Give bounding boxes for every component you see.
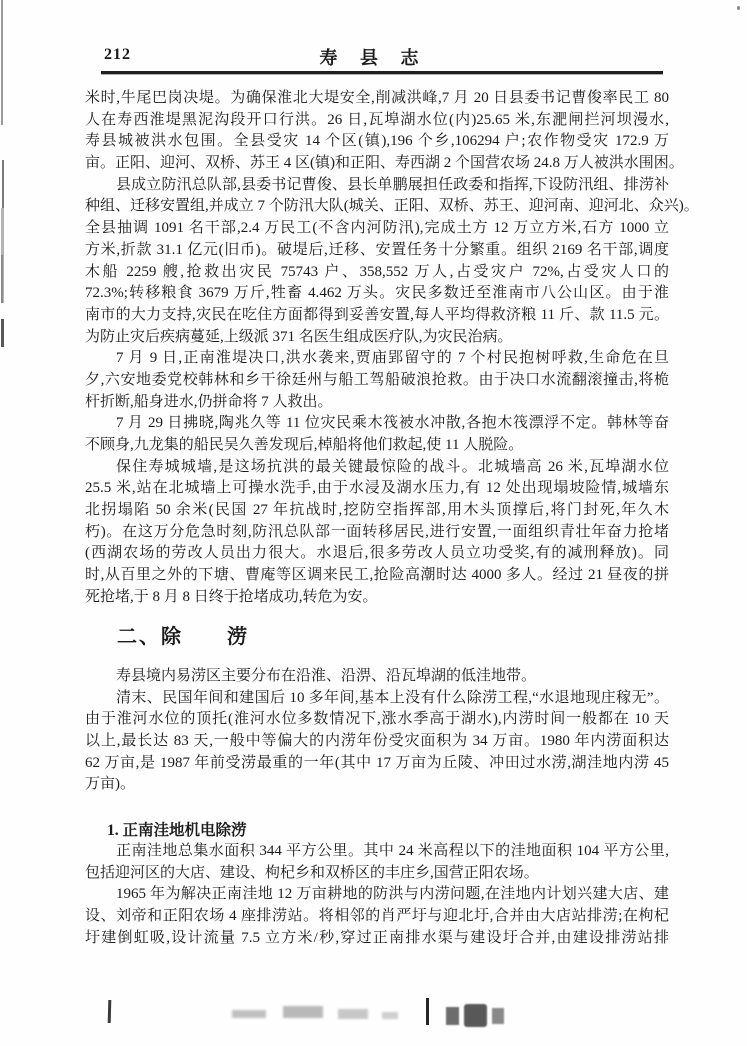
text-line: 时,从百里之外的下塘、曹庵等区调来民工,抢险高潮时达 4000 多人。经过 21… [85, 565, 669, 587]
text-line: 夕,六安地委党校韩林和乡干徐廷州与船工驾船破浪抢救。由于决口水流翻滚撞击,将桅 [85, 370, 669, 392]
text-line: 不顾身,九龙集的船民吴久善发现后,棹船将他们救起,使 11 人脱险。 [85, 435, 669, 457]
text-line: 寿县城被洪水包围。全县受灾 14 个区(镇),196 个乡,106294 户;农… [85, 131, 669, 153]
text-line: 万亩)。 [85, 774, 669, 796]
text-line: 为防止灾后疾病蔓延,上级派 371 名医生组成医疗队,为灾民治病。 [85, 327, 669, 349]
scan-smudge [338, 1009, 368, 1019]
text-line: 25.5 米,站在北城墙上可操水洗手,由于水浸及湖水压力,有 12 处出现塌坡险… [85, 478, 669, 500]
scan-smudge [283, 1006, 323, 1018]
text-line: 圩建倒虹吸,设计流量 7.5 立方米/秒,穿过正南排水渠与建设圩合并,由建设排涝… [85, 928, 669, 950]
text-line: 北拐塌陷 50 余米(民国 27 年抗战时,挖防空指挥部,用木头顶撑后,将门封死… [85, 500, 669, 522]
flood-section-text: 米时,牛尾巴岗决堤。为确保淮北大堤安全,削减洪峰,7 月 20 日县委书记曹俊率… [85, 88, 669, 609]
text-line: 米时,牛尾巴岗决堤。为确保淮北大堤安全,削减洪峰,7 月 20 日县委书记曹俊率… [85, 88, 669, 110]
scan-smudge-bar [426, 998, 429, 1025]
scan-smudge [232, 1010, 266, 1018]
text-line: 朽)。在这万分危急时刻,防汛总队部一面转移居民,进行安置,一面组织青壮年奋力抢堵 [85, 522, 669, 544]
scan-smudge-bar [108, 1000, 112, 1023]
scan-smudge-blob [464, 1004, 487, 1027]
text-line: 种组、迁移安置组,并成立 7 个防汛大队(城关、正阳、双桥、苏王、迎河南、迎河北… [85, 196, 669, 218]
text-line: 7 月 9 日,正南淮堤决口,洪水袭来,贾庙郢留守的 7 个村民抱树呼救,生命危… [85, 348, 669, 370]
text-line: 保住寿城城墙,是这场抗洪的最关键最惊险的战斗。北城墙高 26 米,瓦埠湖水位 [85, 457, 669, 479]
text-line: 全县抽调 1091 名干部,2.4 万民工(不含内河防汛),完成土方 12 万立… [85, 218, 669, 240]
text-line: 设、刘帝和正阳农场 4 座排涝站。将相邻的肖严圩与迎北圩,合并由大店站排涝;在枸… [85, 906, 669, 928]
text-line: 南市的大力支持,灾民在吃住方面都得到妥善安置,每人平均得救济粮 11 斤、款 1… [85, 305, 669, 327]
text-line: 1965 年为解决正南洼地 12 万亩耕地的防洪与内涝问题,在洼地内计划兴建大店… [85, 884, 669, 906]
scan-smudge [382, 1012, 398, 1019]
text-line: 木船 2259 艘,抢救出灾民 75743 户、358,552 万人,占受灾户 … [85, 262, 669, 284]
scan-dot [737, 6, 740, 10]
scan-smudge-blob [446, 1007, 459, 1025]
text-line: 人在寿西淮堤黑泥沟段开口行洪。26 日,瓦埠湖水位(内)25.65 米,东淝闸拦… [85, 110, 669, 132]
subsection-heading-zhengnan: 1. 正南洼地机电除涝 [107, 818, 247, 840]
header-rule [101, 71, 663, 74]
text-line: 62 万亩,是 1987 年前受涝最重的一年(其中 17 万亩为丘陵、冲田过水涝… [85, 753, 669, 775]
scan-edge-line [1, 255, 3, 303]
scan-smudge-blob [492, 1008, 504, 1024]
zhengnan-section-text: 正南洼地总集水面积 344 平方公里。其中 24 米高程以下的洼地面积 104 … [85, 841, 669, 949]
text-line: (西湖农场的劳改人员出力很大。水退后,很多劳改人员立功受奖,有的减刑释放)。同 [85, 543, 669, 565]
drainage-overview-text: 寿县境内易涝区主要分布在沿淮、沿淠、沿瓦埠湖的低洼地带。 清末、民国年间和建国后… [85, 666, 669, 796]
scan-edge-line [1, 319, 4, 347]
section-heading-drainage: 二、除 涝 [117, 620, 249, 649]
text-line: 方米,折款 31.1 亿元(旧币)。破堤后,迁移、安置任务十分繁重。组织 216… [85, 240, 669, 262]
text-line: 正南洼地总集水面积 344 平方公里。其中 24 米高程以下的洼地面积 104 … [85, 841, 669, 863]
text-line: 清末、民国年间和建国后 10 多年间,基本上没有什么除涝工程,“水退地现庄稼无”… [85, 688, 669, 710]
text-line: 以上,最长达 83 天,一般中等偏大的内涝年份受灾面积为 34 万亩。1980 … [85, 731, 669, 753]
scanned-book-page: 212 寿 县 志 米时,牛尾巴岗决堤。为确保淮北大堤安全,削减洪峰,7 月 2… [0, 0, 747, 1046]
scan-edge-line [1, 0, 3, 125]
text-line: 寿县境内易涝区主要分布在沿淮、沿淠、沿瓦埠湖的低洼地带。 [85, 666, 669, 688]
text-line: 包括迎河区的大店、建设、枸杞乡和双桥区的丰庄乡,国营正阳农场。 [85, 863, 669, 885]
book-title: 寿 县 志 [0, 44, 747, 70]
text-line: 杆折断,船身进水,仍拼命将 7 人救出。 [85, 392, 669, 414]
text-line: 死抢堵,于 8 月 8 日终于抢堵成功,转危为安。 [85, 587, 669, 609]
text-line: 县成立防汛总队部,县委书记曹俊、县长单鹏展担任政委和指挥,下设防汛组、排涝补 [85, 175, 669, 197]
text-line: 由于淮河水位的顶托(淮河水位多数情况下,涨水季高于湖水),内涝时间一般都在 10… [85, 709, 669, 731]
text-line: 亩。正阳、迎河、双桥、苏王 4 区(镇)和正阳、寿西湖 2 个国营农场 24.8… [85, 153, 669, 175]
text-line: 72.3%;转移粮食 3679 万斤,牲畜 4.462 万头。灾民多数迁至淮南市… [85, 283, 669, 305]
text-line: 7 月 29 日拂晓,陶兆久等 11 位灾民乘木筏被水冲散,各抱木筏漂浮不定。韩… [85, 413, 669, 435]
